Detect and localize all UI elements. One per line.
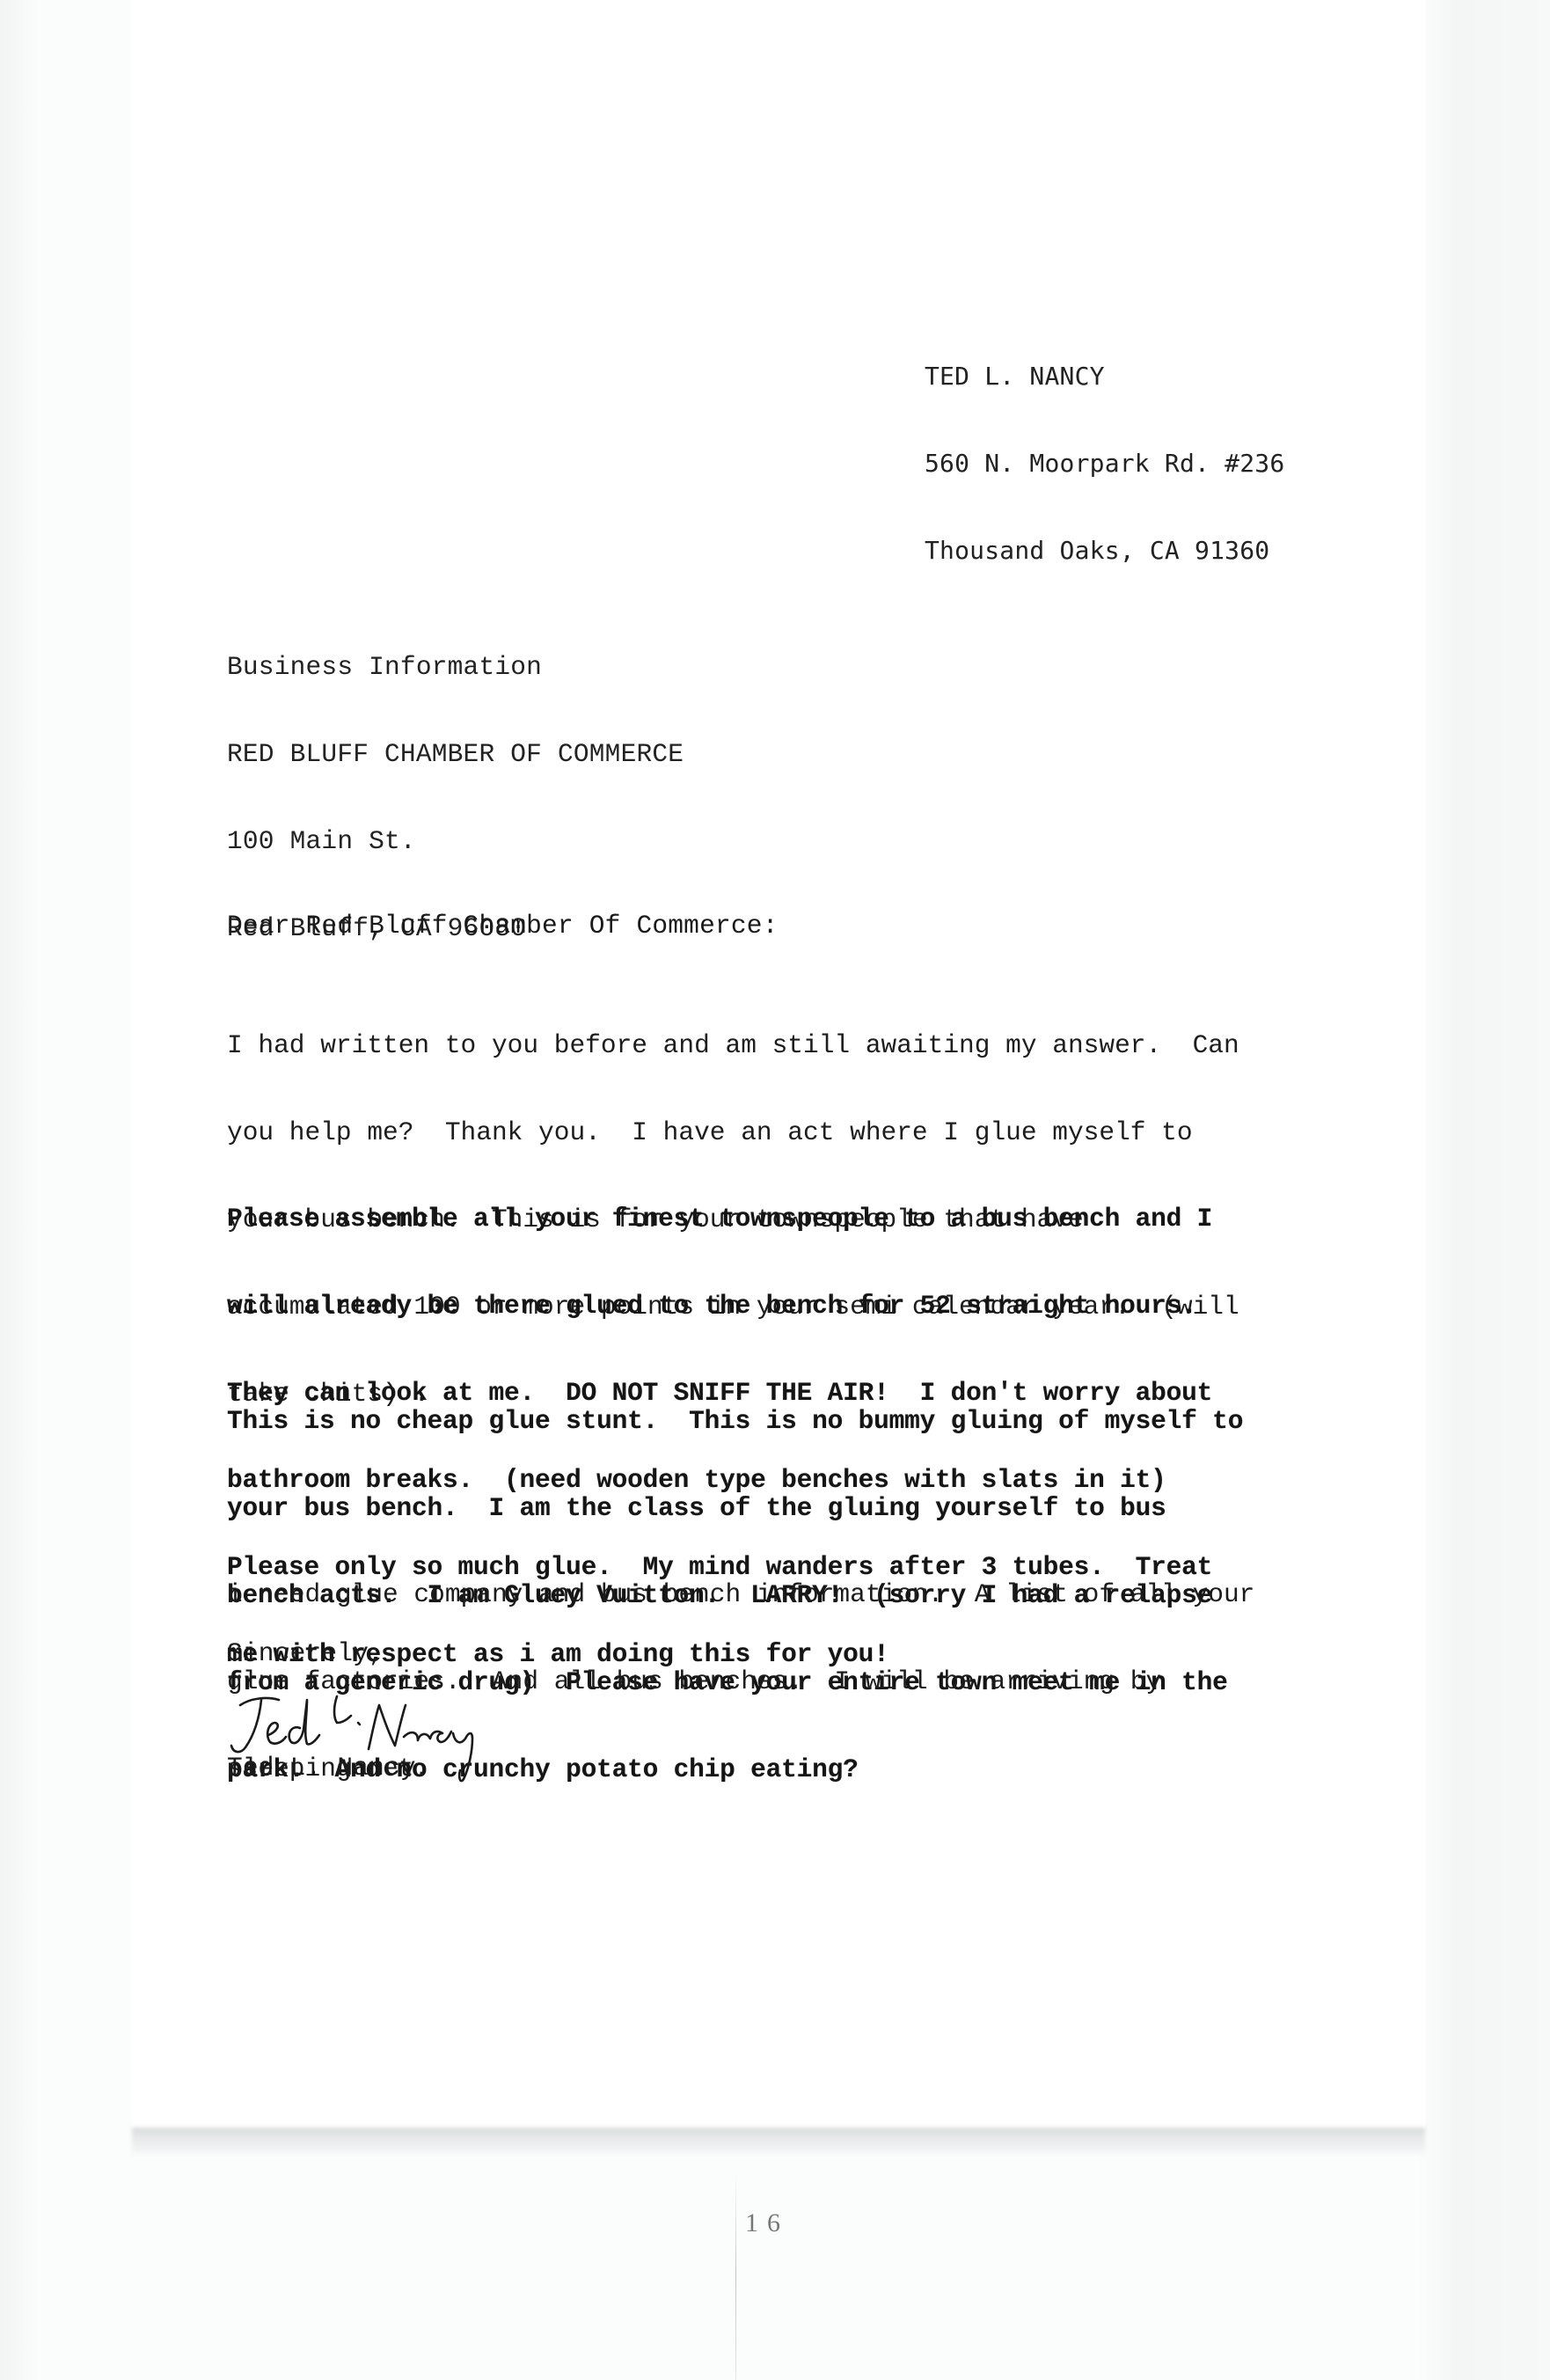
sender-name: TED L. NANCY [925, 362, 1284, 391]
paragraph-line: This is no cheap glue stunt. This is no … [227, 1407, 1243, 1436]
paragraph-line: Please assemble all your finest townspeo… [227, 1205, 1212, 1234]
signer-name: Ted L. Nancy [227, 1754, 416, 1783]
closing: Sincerely, [227, 1639, 384, 1668]
fold-line [735, 2173, 736, 2380]
recipient-street: 100 Main St. [227, 827, 684, 856]
paragraph-line: your bus bench. I am the class of the gl… [227, 1494, 1243, 1523]
sender-address: TED L. NANCY 560 N. Moorpark Rd. #236 Th… [925, 304, 1284, 594]
recipient-organization: RED BLUFF CHAMBER OF COMMERCE [227, 740, 684, 769]
sender-city: Thousand Oaks, CA 91360 [925, 536, 1284, 565]
paragraph-line: i need glue company and bus bench inform… [227, 1580, 1254, 1609]
sender-street: 560 N. Moorpark Rd. #236 [925, 449, 1284, 478]
paragraph-line: you help me? Thank you. I have an act wh… [227, 1118, 1239, 1147]
paragraph-line: I had written to you before and am still… [227, 1031, 1239, 1060]
recipient-department: Business Information [227, 653, 684, 682]
salutation: Dear Red Bluff Chamber Of Commerce: [227, 912, 779, 941]
page-bottom-shadow [132, 2127, 1425, 2154]
page-number: 16 [745, 2208, 789, 2238]
scan-edge-right [1418, 0, 1550, 2380]
paragraph-line: will already be there glued to the bench… [227, 1292, 1212, 1321]
scan-edge-left [0, 0, 39, 2380]
